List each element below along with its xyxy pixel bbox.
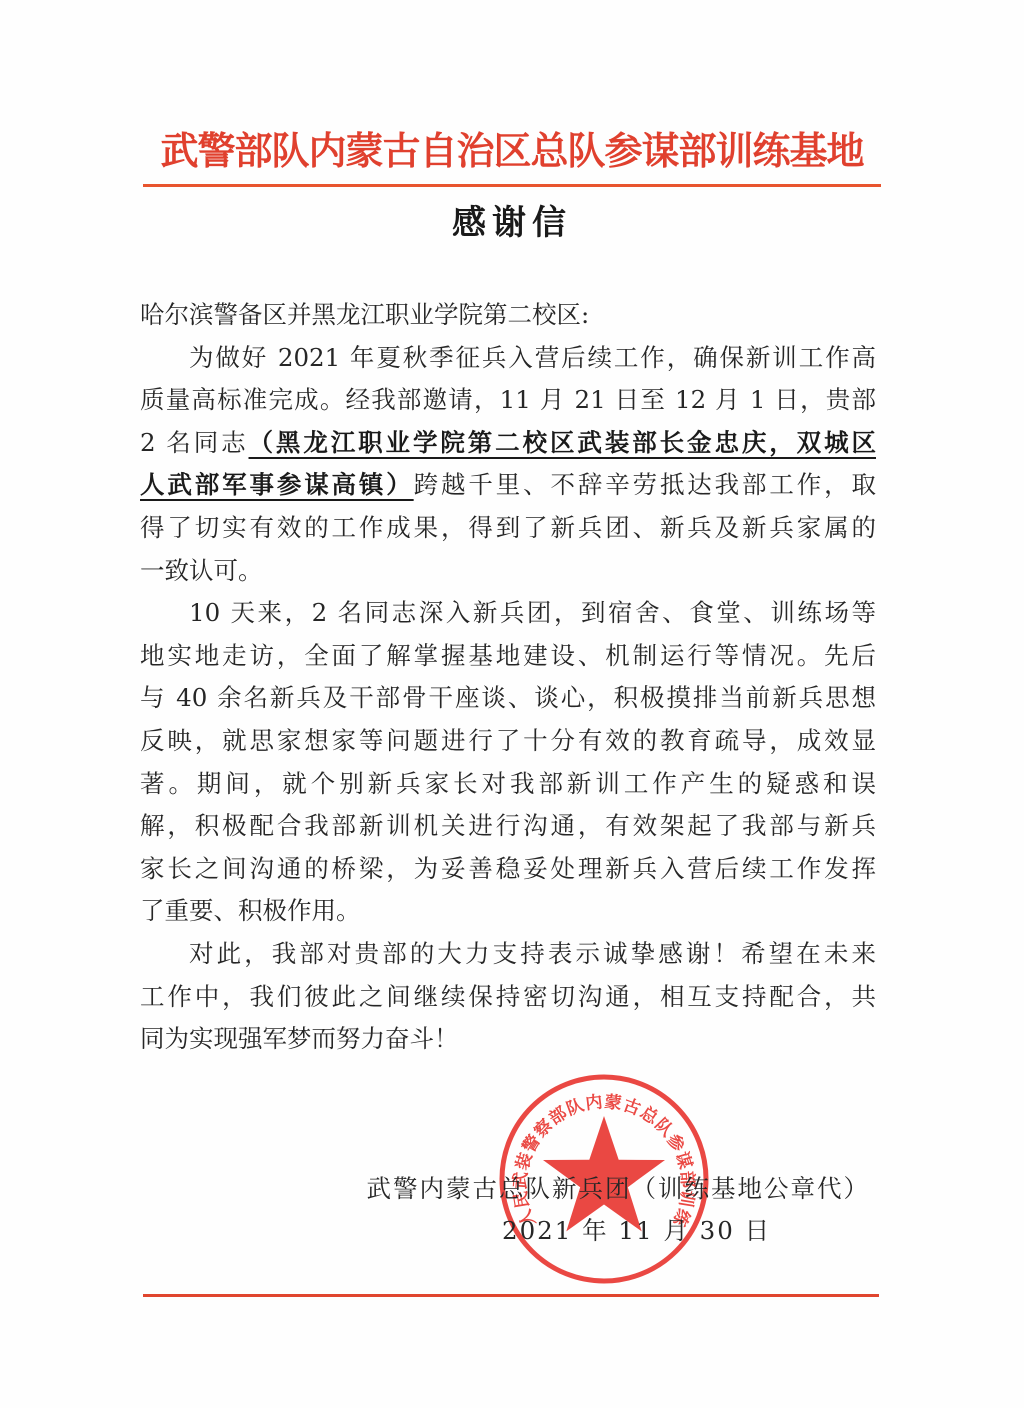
signing-organization: 武警内蒙古总队新兵团（训练基地公章代） <box>360 1168 870 1210</box>
underlined-names: （黑龙江职业学院第二校区武装部长金忠庆，双城区 <box>249 428 876 457</box>
document-title: 感谢信 <box>0 198 1024 248</box>
paragraph-1-line-5: 得了切实有效的工作成果，得到了新兵团、新兵及新兵家属的 <box>140 507 876 550</box>
paragraph-2-line-2: 地实地走访，全面了解掌握基地建设、机制运行等情况。先后 <box>140 635 876 678</box>
letterhead-divider <box>143 184 881 187</box>
paragraph-1-line-2: 质量高标准完成。经我部邀请，11 月 21 日至 12 月 1 日，贵部 <box>140 379 876 422</box>
letterhead-title: 武警部队内蒙古自治区总队参谋部训练基地 <box>140 128 884 174</box>
paragraph-2-line-5: 著。期间，就个别新兵家长对我部新训工作产生的疑惑和误 <box>140 763 876 806</box>
signature-block: 武警内蒙古总队新兵团（训练基地公章代） 2021 年 11 月 30 日 <box>360 1168 870 1252</box>
paragraph-1-line-4: 人武部军事参谋高镇）跨越千里、不辞辛劳抵达我部工作，取 <box>140 464 876 507</box>
paragraph-3-line-2: 工作中，我们彼此之间继续保持密切沟通，相互支持配合，共 <box>140 976 876 1019</box>
paragraph-1-line-3: 2 名同志（黑龙江职业学院第二校区武装部长金忠庆，双城区 <box>140 422 876 465</box>
paragraph-2-line-4: 反映，就思家想家等问题进行了十分有效的教育疏导，成效显 <box>140 720 876 763</box>
paragraph-3-line-1: 对此，我部对贵部的大力支持表示诚挚感谢！希望在未来 <box>140 933 876 976</box>
text-fragment: 2 名同志 <box>140 428 249 457</box>
underlined-names: 人武部军事参谋高镇） <box>140 470 414 499</box>
letter-body: 哈尔滨警备区并黑龙江职业学院第二校区: 为做好 2021 年夏秋季征兵入营后续工… <box>140 294 876 1061</box>
paragraph-2-line-3: 与 40 余名新兵及干部骨干座谈、谈心，积极摸排当前新兵思想 <box>140 677 876 720</box>
paragraph-2-line-7: 家长之间沟通的桥梁，为妥善稳妥处理新兵入营后续工作发挥 <box>140 848 876 891</box>
text-fragment: 跨越千里、不辞辛劳抵达我部工作，取 <box>414 470 876 499</box>
paragraph-2-line-8: 了重要、积极作用。 <box>140 890 876 933</box>
footer-divider <box>143 1294 879 1297</box>
salutation: 哈尔滨警备区并黑龙江职业学院第二校区: <box>140 294 876 337</box>
paragraph-1-line-6: 一致认可。 <box>140 550 876 593</box>
paragraph-2-line-6: 解，积极配合我部新训机关进行沟通，有效架起了我部与新兵 <box>140 805 876 848</box>
paragraph-2-line-1: 10 天来，2 名同志深入新兵团，到宿舍、食堂、训练场等 <box>140 592 876 635</box>
paragraph-3-line-3: 同为实现强军梦而努力奋斗！ <box>140 1018 876 1061</box>
paragraph-1-line-1: 为做好 2021 年夏秋季征兵入营后续工作，确保新训工作高 <box>140 337 876 380</box>
letter-page: 武警部队内蒙古自治区总队参谋部训练基地 感谢信 哈尔滨警备区并黑龙江职业学院第二… <box>0 0 1024 1408</box>
signing-date: 2021 年 11 月 30 日 <box>360 1210 870 1252</box>
